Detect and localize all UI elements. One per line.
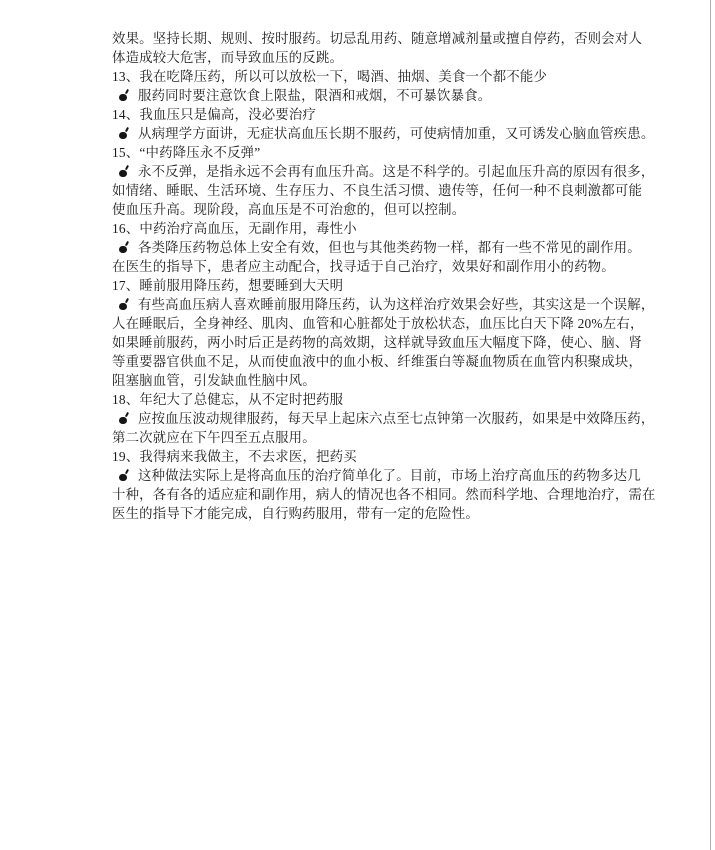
line-text: 体造成较大危害，而导致血压的反跳。 bbox=[112, 50, 343, 65]
line-text: 17、睡前服用降压药，想要睡到大天明 bbox=[112, 278, 343, 293]
line-text: 医生的指导下才能完成，自行购药服用，带有一定的危险性。 bbox=[112, 506, 479, 521]
text-line: 在医生的指导下，患者应主动配合，找寻适于自己治疗，效果好和副作用小的药物。 bbox=[112, 257, 657, 276]
note-bullet-icon bbox=[119, 89, 131, 102]
line-text: 效果。坚持长期、规则、按时服药。切忌乱用药、随意增减剂量或擅自停药，否则会对人 bbox=[112, 31, 642, 46]
myth-item-17: 17、睡前服用降压药，想要睡到大天明 bbox=[112, 276, 657, 295]
line-text: 在医生的指导下，患者应主动配合，找寻适于自己治疗，效果好和副作用小的药物。 bbox=[112, 259, 615, 274]
text-line: 体造成较大危害，而导致血压的反跳。 bbox=[112, 48, 657, 67]
myth-item-15: 15、“中药降压永不反弹” bbox=[112, 143, 657, 162]
text-line: 如情绪、睡眠、生活环境、生存压力、不良生活习惯、遗传等，任何一种不良刺激都可能 bbox=[112, 181, 657, 200]
text-line: 阻塞脑血管，引发缺血性脑中风。 bbox=[112, 371, 657, 390]
line-text: 人在睡眠后，全身神经、肌肉、血管和心脏都处于放松状态，血压比白天下降 20%左右… bbox=[112, 316, 644, 331]
note-bullet-icon bbox=[119, 165, 131, 178]
text-line: 使血压升高。现阶段，高血压是不可治愈的，但可以控制。 bbox=[112, 200, 657, 219]
note-bullet-icon bbox=[119, 469, 131, 482]
line-text: 从病理学方面讲，无症状高血压长期不服药，可使病情加重，又可诱发心脑血管疾患。 bbox=[138, 126, 654, 141]
line-text: 等重要器官供血不足，从而使血液中的血小板、纤维蛋白等凝血物质在血管内积聚成块， bbox=[112, 354, 642, 369]
line-text: 十种，各有各的适应症和副作用，病人的情况也各不相同。然而科学地、合理地治疗，需在 bbox=[112, 487, 656, 502]
text-line: 如果睡前服药，两小时后正是药物的高效期，这样就导致血压大幅度下降，使心、脑、肾 bbox=[112, 333, 657, 352]
line-text: 使血压升高。现阶段，高血压是不可治愈的，但可以控制。 bbox=[112, 202, 465, 217]
note-bullet-icon bbox=[119, 298, 131, 311]
line-text: 如情绪、睡眠、生活环境、生存压力、不良生活习惯、遗传等，任何一种不良刺激都可能 bbox=[112, 183, 642, 198]
myth-item-19: 19、我得病来我做主，不去求医，把药买 bbox=[112, 447, 657, 466]
text-block: 效果。坚持长期、规则、按时服药。切忌乱用药、随意增减剂量或擅自停药，否则会对人 … bbox=[112, 29, 657, 523]
note-bullet-icon bbox=[119, 412, 131, 425]
line-text: 如果睡前服药，两小时后正是药物的高效期，这样就导致血压大幅度下降，使心、脑、肾 bbox=[112, 335, 642, 350]
line-text: 各类降压药物总体上安全有效，但也与其他类药物一样，都有一些不常见的副作用。 bbox=[138, 240, 641, 255]
answer-line: 这种做法实际上是将高血压的治疗简单化了。目前，市场上治疗高血压的药物多达几 bbox=[112, 466, 657, 485]
line-text: 18、年纪大了总健忘，从不定时把药服 bbox=[112, 392, 343, 407]
line-text: 19、我得病来我做主，不去求医，把药买 bbox=[112, 449, 357, 464]
answer-line: 从病理学方面讲，无症状高血压长期不服药，可使病情加重，又可诱发心脑血管疾患。 bbox=[112, 124, 657, 143]
answer-line: 有些高血压病人喜欢睡前服用降压药，认为这样治疗效果会好些，其实这是一个误解， bbox=[112, 295, 657, 314]
myth-item-18: 18、年纪大了总健忘，从不定时把药服 bbox=[112, 390, 657, 409]
myth-item-14: 14、我血压只是偏高，没必要治疗 bbox=[112, 105, 657, 124]
note-bullet-icon bbox=[119, 241, 131, 254]
text-line: 第二次就应在下午四至五点服用。 bbox=[112, 428, 657, 447]
line-text: 15、“中药降压永不反弹” bbox=[112, 145, 260, 160]
myth-item-13: 13、我在吃降压药，所以可以放松一下，喝酒、抽烟、美食一个都不能少 bbox=[112, 67, 657, 86]
answer-line: 各类降压药物总体上安全有效，但也与其他类药物一样，都有一些不常见的副作用。 bbox=[112, 238, 657, 257]
line-text: 永不反弹，是指永远不会再有血压升高。这是不科学的。引起血压升高的原因有很多， bbox=[138, 164, 654, 179]
page-edge-line bbox=[710, 0, 711, 850]
note-bullet-icon bbox=[119, 127, 131, 140]
line-text: 这种做法实际上是将高血压的治疗简单化了。目前，市场上治疗高血压的药物多达几 bbox=[138, 468, 641, 483]
answer-line: 永不反弹，是指永远不会再有血压升高。这是不科学的。引起血压升高的原因有很多， bbox=[112, 162, 657, 181]
answer-line: 服药同时要注意饮食上限盐，限酒和戒烟，不可暴饮暴食。 bbox=[112, 86, 657, 105]
line-text: 13、我在吃降压药，所以可以放松一下，喝酒、抽烟、美食一个都不能少 bbox=[112, 69, 547, 84]
text-line: 医生的指导下才能完成，自行购药服用，带有一定的危险性。 bbox=[112, 504, 657, 523]
line-text: 第二次就应在下午四至五点服用。 bbox=[112, 430, 316, 445]
line-text: 服药同时要注意饮食上限盐，限酒和戒烟，不可暴饮暴食。 bbox=[138, 88, 491, 103]
line-text: 16、中药治疗高血压，无副作用，毒性小 bbox=[112, 221, 357, 236]
line-text: 应按血压波动规律服药，每天早上起床六点至七点钟第一次服药，如果是中效降压药， bbox=[138, 411, 654, 426]
line-text: 有些高血压病人喜欢睡前服用降压药，认为这样治疗效果会好些，其实这是一个误解， bbox=[138, 297, 654, 312]
document-page: 效果。坚持长期、规则、按时服药。切忌乱用药、随意增减剂量或擅自停药，否则会对人 … bbox=[0, 0, 715, 850]
myth-item-16: 16、中药治疗高血压，无副作用，毒性小 bbox=[112, 219, 657, 238]
answer-line: 应按血压波动规律服药，每天早上起床六点至七点钟第一次服药，如果是中效降压药， bbox=[112, 409, 657, 428]
text-line: 十种，各有各的适应症和副作用，病人的情况也各不相同。然而科学地、合理地治疗，需在 bbox=[112, 485, 657, 504]
text-line: 效果。坚持长期、规则、按时服药。切忌乱用药、随意增减剂量或擅自停药，否则会对人 bbox=[112, 29, 657, 48]
text-line: 等重要器官供血不足，从而使血液中的血小板、纤维蛋白等凝血物质在血管内积聚成块， bbox=[112, 352, 657, 371]
text-line: 人在睡眠后，全身神经、肌肉、血管和心脏都处于放松状态，血压比白天下降 20%左右… bbox=[112, 314, 657, 333]
line-text: 14、我血压只是偏高，没必要治疗 bbox=[112, 107, 316, 122]
line-text: 阻塞脑血管，引发缺血性脑中风。 bbox=[112, 373, 316, 388]
